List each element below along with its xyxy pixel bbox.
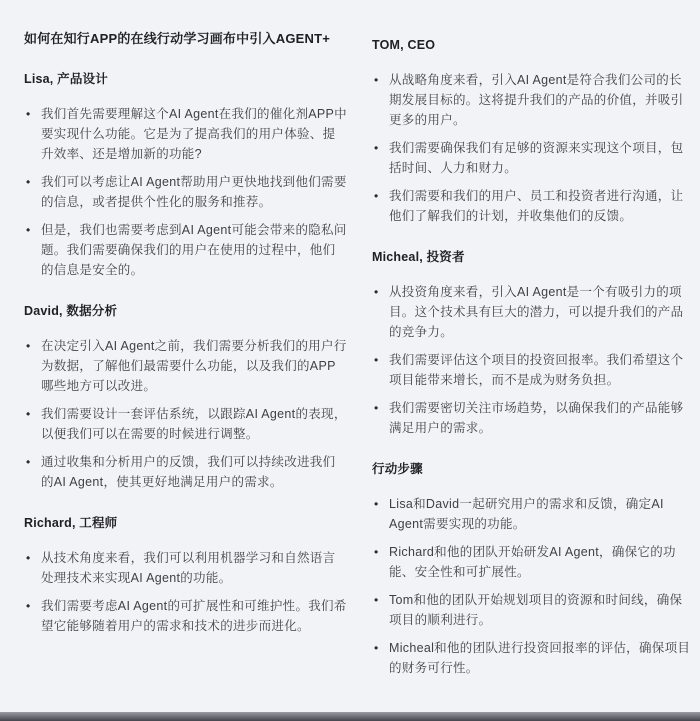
left-column: 如何在知行APP的在线行动学习画布中引入AGENT+ Lisa, 产品设计•我们… <box>24 30 348 686</box>
bullet-dot: • <box>374 398 379 418</box>
speaker-section: David, 数据分析•在决定引入AI Agent之前，我们需要分析我们的用户行… <box>24 302 348 492</box>
list-item: •从战略角度来看，引入AI Agent是符合我们公司的长期发展目标的。这将提升我… <box>372 70 692 130</box>
section-header: Lisa, 产品设计 <box>24 70 348 89</box>
speaker-section: Micheal, 投资者•从投资角度来看，引入AI Agent是一个有吸引力的项… <box>372 248 692 438</box>
speaker-section: TOM, CEO•从战略角度来看，引入AI Agent是符合我们公司的长期发展目… <box>372 36 692 226</box>
bullet-dot: • <box>26 596 31 616</box>
section-header: Micheal, 投资者 <box>372 248 692 267</box>
list-item: •但是，我们也需要考虑到AI Agent可能会带来的隐私问题。我们需要确保我们的… <box>24 220 348 280</box>
section-header: David, 数据分析 <box>24 302 348 321</box>
bullet-text: 从投资角度来看，引入AI Agent是一个有吸引力的项目。这个技术具有巨大的潜力… <box>389 285 683 339</box>
section-header: 行动步骤 <box>372 460 692 479</box>
list-item: •Micheal和他的团队进行投资回报率的评估，确保项目的财务可行性。 <box>372 638 692 678</box>
bullet-dot: • <box>26 336 31 356</box>
bullet-dot: • <box>26 452 31 472</box>
bullet-text: 我们需要和我们的用户、员工和投资者进行沟通，让他们了解我们的计划，并收集他们的反… <box>389 189 683 223</box>
list-item: •Tom和他的团队开始规划项目的资源和时间线，确保项目的顺利进行。 <box>372 590 692 630</box>
list-item: •我们需要和我们的用户、员工和投资者进行沟通，让他们了解我们的计划，并收集他们的… <box>372 186 692 226</box>
bullet-list: •我们首先需要理解这个AI Agent在我们的催化剂APP中要实现什么功能。它是… <box>24 104 348 280</box>
board-canvas: 如何在知行APP的在线行动学习画布中引入AGENT+ Lisa, 产品设计•我们… <box>0 0 700 721</box>
bullet-text: 我们需要考虑AI Agent的可扩展性和可维护性。我们希望它能够随着用户的需求和… <box>41 599 347 633</box>
bullet-dot: • <box>26 220 31 240</box>
bullet-text: Micheal和他的团队进行投资回报率的评估，确保项目的财务可行性。 <box>389 641 690 675</box>
section-header: TOM, CEO <box>372 36 692 55</box>
bullet-dot: • <box>374 542 379 562</box>
list-item: •从技术角度来看，我们可以利用机器学习和自然语言处理技术来实现AI Agent的… <box>24 548 348 588</box>
list-item: •我们需要密切关注市场趋势，以确保我们的产品能够满足用户的需求。 <box>372 398 692 438</box>
bullet-text: 我们首先需要理解这个AI Agent在我们的催化剂APP中要实现什么功能。它是为… <box>41 107 347 161</box>
bullet-list: •在决定引入AI Agent之前，我们需要分析我们的用户行为数据，了解他们最需要… <box>24 336 348 492</box>
speaker-section: Richard, 工程师•从技术角度来看，我们可以利用机器学习和自然语言处理技术… <box>24 514 348 636</box>
list-item: •Lisa和David一起研究用户的需求和反馈，确定AI Agent需要实现的功… <box>372 494 692 534</box>
bullet-text: 从技术角度来看，我们可以利用机器学习和自然语言处理技术来实现AI Agent的功… <box>41 551 335 585</box>
bullet-dot: • <box>374 350 379 370</box>
bullet-dot: • <box>374 638 379 658</box>
document-content: 如何在知行APP的在线行动学习画布中引入AGENT+ Lisa, 产品设计•我们… <box>0 0 700 686</box>
bullet-list: •从战略角度来看，引入AI Agent是符合我们公司的长期发展目标的。这将提升我… <box>372 70 692 226</box>
list-item: •我们首先需要理解这个AI Agent在我们的催化剂APP中要实现什么功能。它是… <box>24 104 348 164</box>
list-item: •在决定引入AI Agent之前，我们需要分析我们的用户行为数据，了解他们最需要… <box>24 336 348 396</box>
bullet-list: •从投资角度来看，引入AI Agent是一个有吸引力的项目。这个技术具有巨大的潜… <box>372 282 692 438</box>
list-item: •Richard和他的团队开始研发AI Agent，确保它的功能、安全性和可扩展… <box>372 542 692 582</box>
bullet-dot: • <box>374 282 379 302</box>
bullet-dot: • <box>26 172 31 192</box>
page-title: 如何在知行APP的在线行动学习画布中引入AGENT+ <box>24 30 348 48</box>
list-item: •从投资角度来看，引入AI Agent是一个有吸引力的项目。这个技术具有巨大的潜… <box>372 282 692 342</box>
bullet-text: 但是，我们也需要考虑到AI Agent可能会带来的隐私问题。我们需要确保我们的用… <box>41 223 347 277</box>
bullet-text: 通过收集和分析用户的反馈，我们可以持续改进我们的AI Agent，使其更好地满足… <box>41 455 335 489</box>
bullet-dot: • <box>26 404 31 424</box>
bullet-dot: • <box>374 138 379 158</box>
bullet-list: •从技术角度来看，我们可以利用机器学习和自然语言处理技术来实现AI Agent的… <box>24 548 348 636</box>
bullet-text: 在决定引入AI Agent之前，我们需要分析我们的用户行为数据，了解他们最需要什… <box>41 339 347 393</box>
right-column: TOM, CEO•从战略角度来看，引入AI Agent是符合我们公司的长期发展目… <box>372 36 692 686</box>
bullet-dot: • <box>26 104 31 124</box>
bullet-text: 我们需要设计一套评估系统，以跟踪AI Agent的表现，以便我们可以在需要的时候… <box>41 407 347 441</box>
speaker-section: Lisa, 产品设计•我们首先需要理解这个AI Agent在我们的催化剂APP中… <box>24 70 348 280</box>
bullet-dot: • <box>374 494 379 514</box>
bullet-text: 我们需要确保我们有足够的资源来实现这个项目，包括时间、人力和财力。 <box>389 141 683 175</box>
bullet-dot: • <box>374 590 379 610</box>
list-item: •我们需要设计一套评估系统，以跟踪AI Agent的表现，以便我们可以在需要的时… <box>24 404 348 444</box>
bottom-edge-bar <box>0 712 700 721</box>
bullet-list: •Lisa和David一起研究用户的需求和反馈，确定AI Agent需要实现的功… <box>372 494 692 678</box>
bullet-text: 我们需要评估这个项目的投资回报率。我们希望这个项目能带来增长，而不是成为财务负担… <box>389 353 683 387</box>
bullet-text: Lisa和David一起研究用户的需求和反馈，确定AI Agent需要实现的功能… <box>389 497 664 531</box>
section-header: Richard, 工程师 <box>24 514 348 533</box>
bullet-dot: • <box>26 548 31 568</box>
bullet-dot: • <box>374 70 379 90</box>
bullet-text: 从战略角度来看，引入AI Agent是符合我们公司的长期发展目标的。这将提升我们… <box>389 73 683 127</box>
list-item: •通过收集和分析用户的反馈，我们可以持续改进我们的AI Agent，使其更好地满… <box>24 452 348 492</box>
bullet-text: 我们需要密切关注市场趋势，以确保我们的产品能够满足用户的需求。 <box>389 401 683 435</box>
bullet-text: Richard和他的团队开始研发AI Agent，确保它的功能、安全性和可扩展性… <box>389 545 676 579</box>
speaker-section: 行动步骤•Lisa和David一起研究用户的需求和反馈，确定AI Agent需要… <box>372 460 692 678</box>
bullet-text: Tom和他的团队开始规划项目的资源和时间线，确保项目的顺利进行。 <box>389 593 682 627</box>
list-item: •我们需要评估这个项目的投资回报率。我们希望这个项目能带来增长，而不是成为财务负… <box>372 350 692 390</box>
bullet-dot: • <box>374 186 379 206</box>
list-item: •我们需要确保我们有足够的资源来实现这个项目，包括时间、人力和财力。 <box>372 138 692 178</box>
list-item: •我们需要考虑AI Agent的可扩展性和可维护性。我们希望它能够随着用户的需求… <box>24 596 348 636</box>
list-item: •我们可以考虑让AI Agent帮助用户更快地找到他们需要的信息，或者提供个性化… <box>24 172 348 212</box>
bullet-text: 我们可以考虑让AI Agent帮助用户更快地找到他们需要的信息，或者提供个性化的… <box>41 175 347 209</box>
